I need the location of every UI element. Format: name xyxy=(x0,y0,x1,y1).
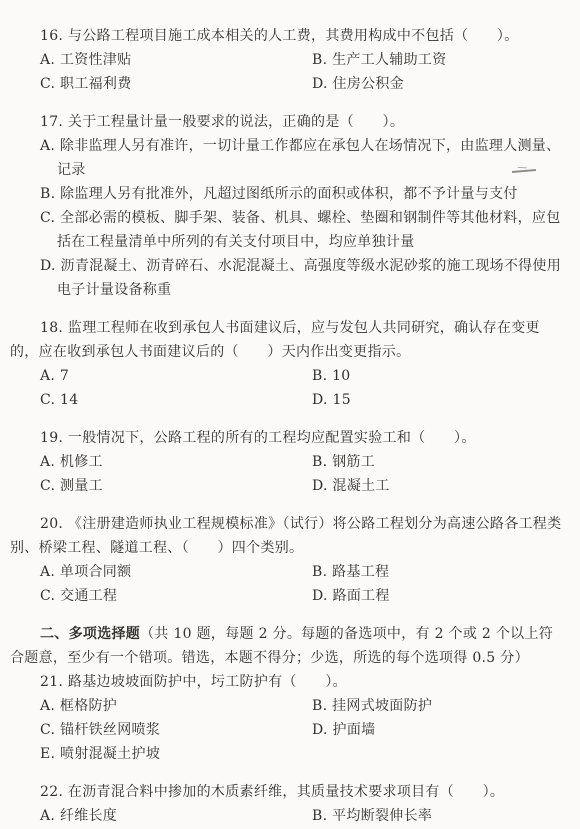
section-2-title: 二、多项选择题 xyxy=(40,626,140,642)
question-16-stem: 16. 与公路工程项目施工成本相关的人工费，其费用构成中不包括（ ）。 xyxy=(10,24,562,48)
question-20-options: A. 单项合同额 B. 路基工程 C. 交通工程 D. 路面工程 xyxy=(40,560,562,608)
question-21-options: A. 框格防护 B. 挂网式坡面防护 C. 锚杆铁丝网喷浆 D. 护面墙 E. … xyxy=(40,694,562,766)
question-16-options: A. 工资性津贴 B. 生产工人辅助工资 C. 职工福利费 D. 住房公积金 xyxy=(40,48,562,96)
question-17-options: A. 除非监理人另有准许，一切计量工作都应在承包人在场情况下，由监理人测量、记录… xyxy=(10,134,562,302)
question-22-options: A. 纤维长度 B. 平均断裂伸长率 xyxy=(40,804,562,828)
section-2-header: 二、多项选择题（共 10 题，每题 2 分。每题的备选项中，有 2 个或 2 个… xyxy=(10,622,562,670)
question-19-option-b: B. 钢筋工 xyxy=(312,450,562,474)
question-20: 20. 《注册建造师执业工程规模标准》（试行）将公路工程划分为高速公路各工程类别… xyxy=(10,512,562,608)
question-17-option-d: D. 沥青混凝土、沥青碎石、水泥混凝土、高强度等级水泥砂浆的施工现场不得使用电子… xyxy=(57,254,562,302)
question-19-option-d: D. 混凝土工 xyxy=(312,474,562,498)
question-22-stem: 22. 在沥青混合料中掺加的木质素纤维，其质量技术要求项目有（ ）。 xyxy=(10,780,562,804)
question-16-option-a: A. 工资性津贴 xyxy=(40,48,312,72)
question-20-option-c: C. 交通工程 xyxy=(40,584,312,608)
question-19-option-c: C. 测量工 xyxy=(40,474,312,498)
question-21-option-c: C. 锚杆铁丝网喷浆 xyxy=(40,718,312,742)
question-21-option-a: A. 框格防护 xyxy=(40,694,312,718)
question-18: 18. 监理工程师在收到承包人书面建议后，应与发包人共同研究，确认存在变更的，应… xyxy=(10,316,562,412)
question-17-option-c: C. 全部必需的模板、脚手架、装备、机具、螺栓、垫圈和钢制件等其他材料，应包括在… xyxy=(57,206,562,254)
question-22: 22. 在沥青混合料中掺加的木质素纤维，其质量技术要求项目有（ ）。 A. 纤维… xyxy=(10,780,562,828)
question-20-stem: 20. 《注册建造师执业工程规模标准》（试行）将公路工程划分为高速公路各工程类别… xyxy=(10,512,562,560)
question-18-options: A. 7 B. 10 C. 14 D. 15 xyxy=(40,364,562,412)
question-18-option-a: A. 7 xyxy=(40,364,312,388)
question-17-stem: 17. 关于工程量计量一般要求的说法，正确的是（ ）。 xyxy=(10,110,562,134)
question-22-option-b: B. 平均断裂伸长率 xyxy=(312,804,562,828)
question-22-option-a: A. 纤维长度 xyxy=(40,804,312,828)
question-18-option-b: B. 10 xyxy=(312,364,562,388)
question-19: 19. 一般情况下，公路工程的所有的工程均应配置实验工和（ ）。 A. 机修工 … xyxy=(10,426,562,498)
question-18-option-c: C. 14 xyxy=(40,388,312,412)
question-21-option-e: E. 喷射混凝土护坡 xyxy=(40,742,312,766)
question-20-option-a: A. 单项合同额 xyxy=(40,560,312,584)
question-17-option-b: B. 除监理人另有批准外，凡超过图纸所示的面积或体积，都不予计量与支付 xyxy=(57,182,562,206)
question-17: 17. 关于工程量计量一般要求的说法，正确的是（ ）。 A. 除非监理人另有准许… xyxy=(10,110,562,302)
exam-page: 16. 与公路工程项目施工成本相关的人工费，其费用构成中不包括（ ）。 A. 工… xyxy=(0,0,580,829)
question-16: 16. 与公路工程项目施工成本相关的人工费，其费用构成中不包括（ ）。 A. 工… xyxy=(10,24,562,96)
question-18-option-d: D. 15 xyxy=(312,388,562,412)
question-17-option-a: A. 除非监理人另有准许，一切计量工作都应在承包人在场情况下，由监理人测量、记录 xyxy=(57,134,562,182)
question-16-option-d: D. 住房公积金 xyxy=(312,72,562,96)
question-19-options: A. 机修工 B. 钢筋工 C. 测量工 D. 混凝土工 xyxy=(40,450,562,498)
question-20-option-d: D. 路面工程 xyxy=(312,584,562,608)
question-21-option-d: D. 护面墙 xyxy=(312,718,562,742)
question-19-option-a: A. 机修工 xyxy=(40,450,312,474)
question-18-stem: 18. 监理工程师在收到承包人书面建议后，应与发包人共同研究，确认存在变更的，应… xyxy=(10,316,562,364)
question-16-option-b: B. 生产工人辅助工资 xyxy=(312,48,562,72)
question-21: 21. 路基边坡坡面防护中，圬工防护有（ ）。 A. 框格防护 B. 挂网式坡面… xyxy=(10,670,562,766)
question-21-option-b: B. 挂网式坡面防护 xyxy=(312,694,562,718)
question-16-option-c: C. 职工福利费 xyxy=(40,72,312,96)
question-21-stem: 21. 路基边坡坡面防护中，圬工防护有（ ）。 xyxy=(10,670,562,694)
question-19-stem: 19. 一般情况下，公路工程的所有的工程均应配置实验工和（ ）。 xyxy=(10,426,562,450)
question-20-option-b: B. 路基工程 xyxy=(312,560,562,584)
